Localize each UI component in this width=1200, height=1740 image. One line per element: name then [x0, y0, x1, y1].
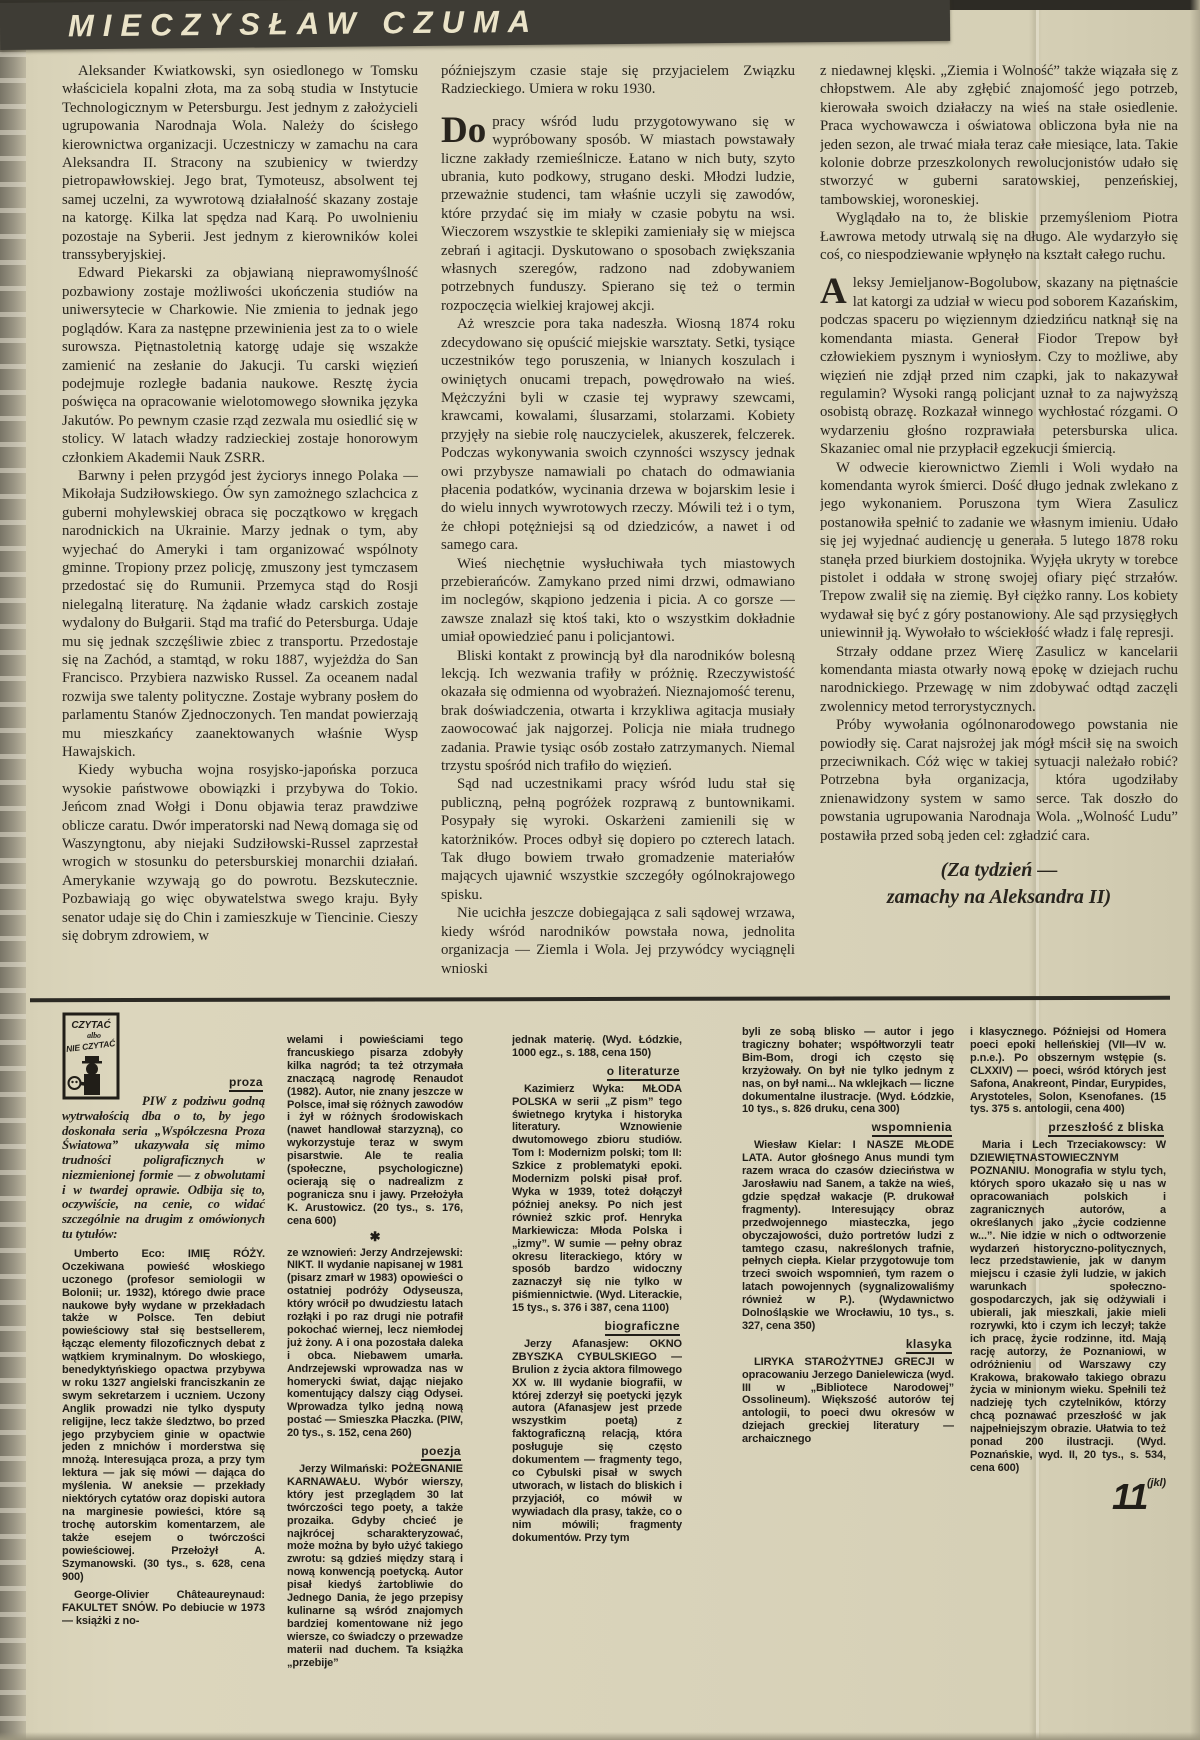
- scan-edge-top-right: [940, 0, 1200, 10]
- paragraph: i klasycznego. Późniejsi od Homera poeci…: [970, 1026, 1166, 1116]
- review-section-header-label: przeszłość z bliska: [1048, 1120, 1164, 1137]
- review-column-1: CZYTAĆ albo NIE CZYTAĆ prozaPIW z podziw…: [62, 1012, 265, 1702]
- author-name: MIECZYSŁAW CZUMA: [0, 3, 539, 44]
- paragraph: ze wznowień: Jerzy Andrzejewski: NIKT. I…: [287, 1247, 463, 1441]
- logo-line-1: CZYTAĆ: [71, 1018, 111, 1031]
- article-column-2: późniejszym czasie staje się przyjaciele…: [441, 62, 795, 1000]
- paragraph: Dopracy wśród ludu przygotowywano się w …: [441, 113, 795, 315]
- teaser-signoff: (Za tydzień — zamachy na Aleksandra II): [820, 857, 1178, 911]
- paragraph: Nie ucichła jeszcze dobiegająca z sali s…: [441, 904, 795, 978]
- review-column-2: welami i powieściami tego francuskiego p…: [287, 1034, 463, 1679]
- scan-edge-right: [1190, 0, 1200, 1740]
- review-section-header: biograficzne: [512, 1320, 680, 1334]
- review-section-header: klasyka: [742, 1338, 952, 1352]
- paragraph: welami i powieściami tego francuskiego p…: [287, 1034, 463, 1228]
- drop-cap: A: [820, 274, 853, 306]
- masthead-banner: MIECZYSŁAW CZUMA: [0, 0, 950, 50]
- article-column-3: z niedawnej klęski. „Ziemia i Wolność” t…: [820, 62, 1178, 1000]
- scan-edge-bottom: [0, 1732, 1200, 1740]
- review-column-5: i klasycznego. Późniejsi od Homera poeci…: [970, 1026, 1166, 1678]
- paragraph: Wieś niechętnie wysłuchiwała tych miasto…: [441, 555, 795, 647]
- scan-edge-left: [0, 0, 26, 1740]
- paragraph: Wiesław Kielar: I NASZE MŁODE LATA. Auto…: [742, 1139, 954, 1333]
- paragraph: Umberto Eco: IMIĘ RÓŻY. Oczekiwana powie…: [62, 1248, 265, 1584]
- article-column-1: Aleksander Kwiatkowski, syn osiedlonego …: [62, 62, 418, 1000]
- review-section-header: wspomnienia: [742, 1121, 952, 1135]
- paragraph: jednak materię. (Wyd. Łódzkie, 1000 egz.…: [512, 1034, 682, 1060]
- review-section-header: o literaturze: [512, 1065, 680, 1079]
- paragraph: Aleksy Jemieljanow-Bogolubow, skazany na…: [820, 274, 1178, 458]
- paragraph: późniejszym czasie staje się przyjaciele…: [441, 62, 795, 99]
- paragraph: W odwecie kierownictwo Ziemli i Woli wyd…: [820, 459, 1178, 643]
- newspaper-page: MIECZYSŁAW CZUMA Aleksander Kwiatkowski,…: [0, 0, 1200, 1740]
- read-or-not-read-logo: CZYTAĆ albo NIE CZYTAĆ: [62, 1012, 120, 1100]
- paragraph: Jerzy Wilmański: POŻEGNANIE KARNAWAŁU. W…: [287, 1463, 463, 1670]
- paragraph: George-Olivier Châteaureynaud: FAKULTET …: [62, 1589, 265, 1628]
- drop-cap: Do: [441, 113, 492, 145]
- review-section-header-label: poezja: [421, 1444, 461, 1461]
- paragraph: Kazimierz Wyka: MŁODA POLSKA w serii „Z …: [512, 1083, 682, 1315]
- hamlet-with-skull-figure: [69, 1056, 103, 1095]
- paragraph: Barwny i pełen przygód jest życiorys inn…: [62, 467, 418, 762]
- review-section-header-label: o literaturze: [607, 1064, 680, 1081]
- page-number: 11: [1112, 1476, 1147, 1518]
- paragraph: Aż wreszcie pora taka nadeszła. Wiosną 1…: [441, 315, 795, 554]
- paragraph: Maria i Lech Trzeciakowscy: W DZIEWIĘTNA…: [970, 1139, 1166, 1475]
- paragraph: Aleksander Kwiatkowski, syn osiedlonego …: [62, 62, 418, 264]
- lead-paragraph: PIW z podziwu godną wytrwałością dba o t…: [62, 1094, 265, 1242]
- review-section-header: poezja: [287, 1445, 461, 1459]
- paragraph: Strzały oddane przez Wierę Zasulicz w ka…: [820, 643, 1178, 717]
- paragraph: Sąd nad uczestnikami pracy wśród ludu st…: [441, 775, 795, 904]
- review-column-4: byli ze sobą blisko — autor i jego tragi…: [742, 1026, 954, 1678]
- paragraph: byli ze sobą blisko — autor i jego tragi…: [742, 1026, 954, 1116]
- review-column-3: jednak materię. (Wyd. Łódzkie, 1000 egz.…: [512, 1034, 682, 1679]
- paragraph: Próby wywołania ogólnonarodowego powstan…: [820, 716, 1178, 845]
- paragraph: Jerzy Afanasjew: OKNO ZBYSZKA CYBULSKIEG…: [512, 1338, 682, 1545]
- review-section-header-label: biograficzne: [605, 1319, 680, 1336]
- review-section-header: przeszłość z bliska: [970, 1121, 1164, 1135]
- star-separator: ✱: [287, 1231, 463, 1244]
- paragraph: Kiedy wybucha wojna rosyjsko-japońska po…: [62, 761, 418, 945]
- logo-line-2: albo: [87, 1031, 101, 1040]
- review-section-header-label: wspomnienia: [872, 1120, 952, 1137]
- paragraph: Bliski kontakt z prowincją był dla narod…: [441, 647, 795, 776]
- paragraph: Wyglądało na to, że bliskie przemyślenio…: [820, 209, 1178, 264]
- paragraph: z niedawnej klęski. „Ziemia i Wolność” t…: [820, 62, 1178, 209]
- review-section-header-label: proza: [229, 1075, 263, 1092]
- review-section-header-label: klasyka: [906, 1337, 952, 1354]
- paragraph: Edward Piekarski za objawianą nieprawomy…: [62, 264, 418, 466]
- paragraph: LIRYKA STAROŻYTNEJ GRECJI w opracowaniu …: [742, 1356, 954, 1446]
